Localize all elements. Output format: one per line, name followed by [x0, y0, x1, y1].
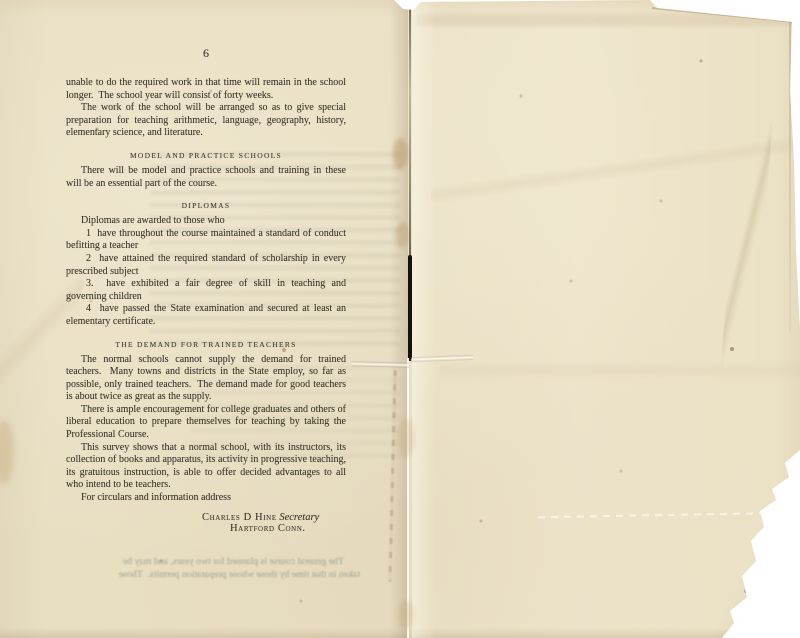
torn-corner-shadow — [690, 455, 800, 638]
stain — [398, 418, 414, 458]
paper-edge-line — [789, 20, 791, 332]
wrinkle-streak — [439, 324, 800, 417]
p-survey: This survey shows that a normal school, … — [66, 442, 346, 492]
bottom-edge-shadow — [0, 628, 800, 638]
bleedthrough-line: The general course is planned for two ye… — [44, 555, 360, 568]
paper-sheet: The general course is planned for two ye… — [0, 0, 800, 638]
paper-crack — [388, 370, 396, 582]
p-continuation: unable to do the required work in that t… — [66, 77, 346, 102]
horizontal-crease — [352, 361, 409, 367]
diploma-item-4: 4 have passed the State examination and … — [66, 303, 346, 328]
p-model-practice: There will be model and practice schools… — [66, 165, 346, 190]
diploma-item-2: 2 have attained the required standard of… — [66, 253, 346, 278]
scanned-booklet-page: The general course is planned for two ye… — [0, 0, 800, 638]
p-work-of-school: The work of the school will be arranged … — [66, 102, 346, 140]
paper-specks — [0, 0, 2, 2]
diploma-item-3: 3. have exhibited a fair degree of skill… — [66, 278, 346, 303]
paper-edge-line — [652, 7, 794, 23]
signature-name: Charles D Hine — [202, 512, 277, 523]
wrinkle-highlight-line — [538, 512, 790, 518]
signature-line: Charles D Hine Secretary — [66, 512, 346, 523]
horizontal-crease — [411, 355, 473, 362]
top-edge-shadow — [415, 14, 800, 26]
p-encouragement: There is ample encouragement for college… — [66, 404, 346, 442]
p-diplomas-intro: Diplomas are awarded to those who — [66, 215, 346, 228]
bleedthrough-line: taken in that time by those whose prepar… — [44, 568, 360, 581]
heading-model-practice-schools: MODEL AND PRACTICE SCHOOLS — [66, 151, 346, 160]
bleedthrough-mirrored-text: The general course is planned for two ye… — [44, 555, 360, 581]
diploma-item-1: 1 have throughout the course maintained … — [66, 228, 346, 253]
wrinkle-streak — [713, 0, 780, 481]
signature-title: Secretary — [279, 512, 319, 523]
signature-place: Hartford Conn. — [66, 523, 346, 534]
page-number: 6 — [66, 46, 346, 61]
wrinkle-streak — [429, 130, 800, 209]
p-circulars: For circulars and information address — [66, 492, 346, 505]
stain — [393, 138, 408, 170]
fold-crease-line — [409, 0, 411, 262]
fold-gap — [408, 255, 412, 361]
signature-block: Charles D Hine Secretary Hartford Conn. — [66, 512, 346, 534]
fold-crease-highlight — [407, 358, 409, 638]
stain — [399, 600, 413, 630]
stain — [396, 222, 409, 248]
fold-highlight — [412, 0, 436, 638]
p-demand: The normal schools cannot supply the dem… — [66, 354, 346, 404]
left-page-text-column: 6 unable to do the required work in that… — [66, 46, 346, 534]
heading-diplomas: DIPLOMAS — [66, 201, 346, 210]
fold-shadow — [390, 0, 408, 638]
stain — [0, 420, 14, 484]
heading-demand-trained-teachers: THE DEMAND FOR TRAINED TEACHERS — [66, 340, 346, 349]
